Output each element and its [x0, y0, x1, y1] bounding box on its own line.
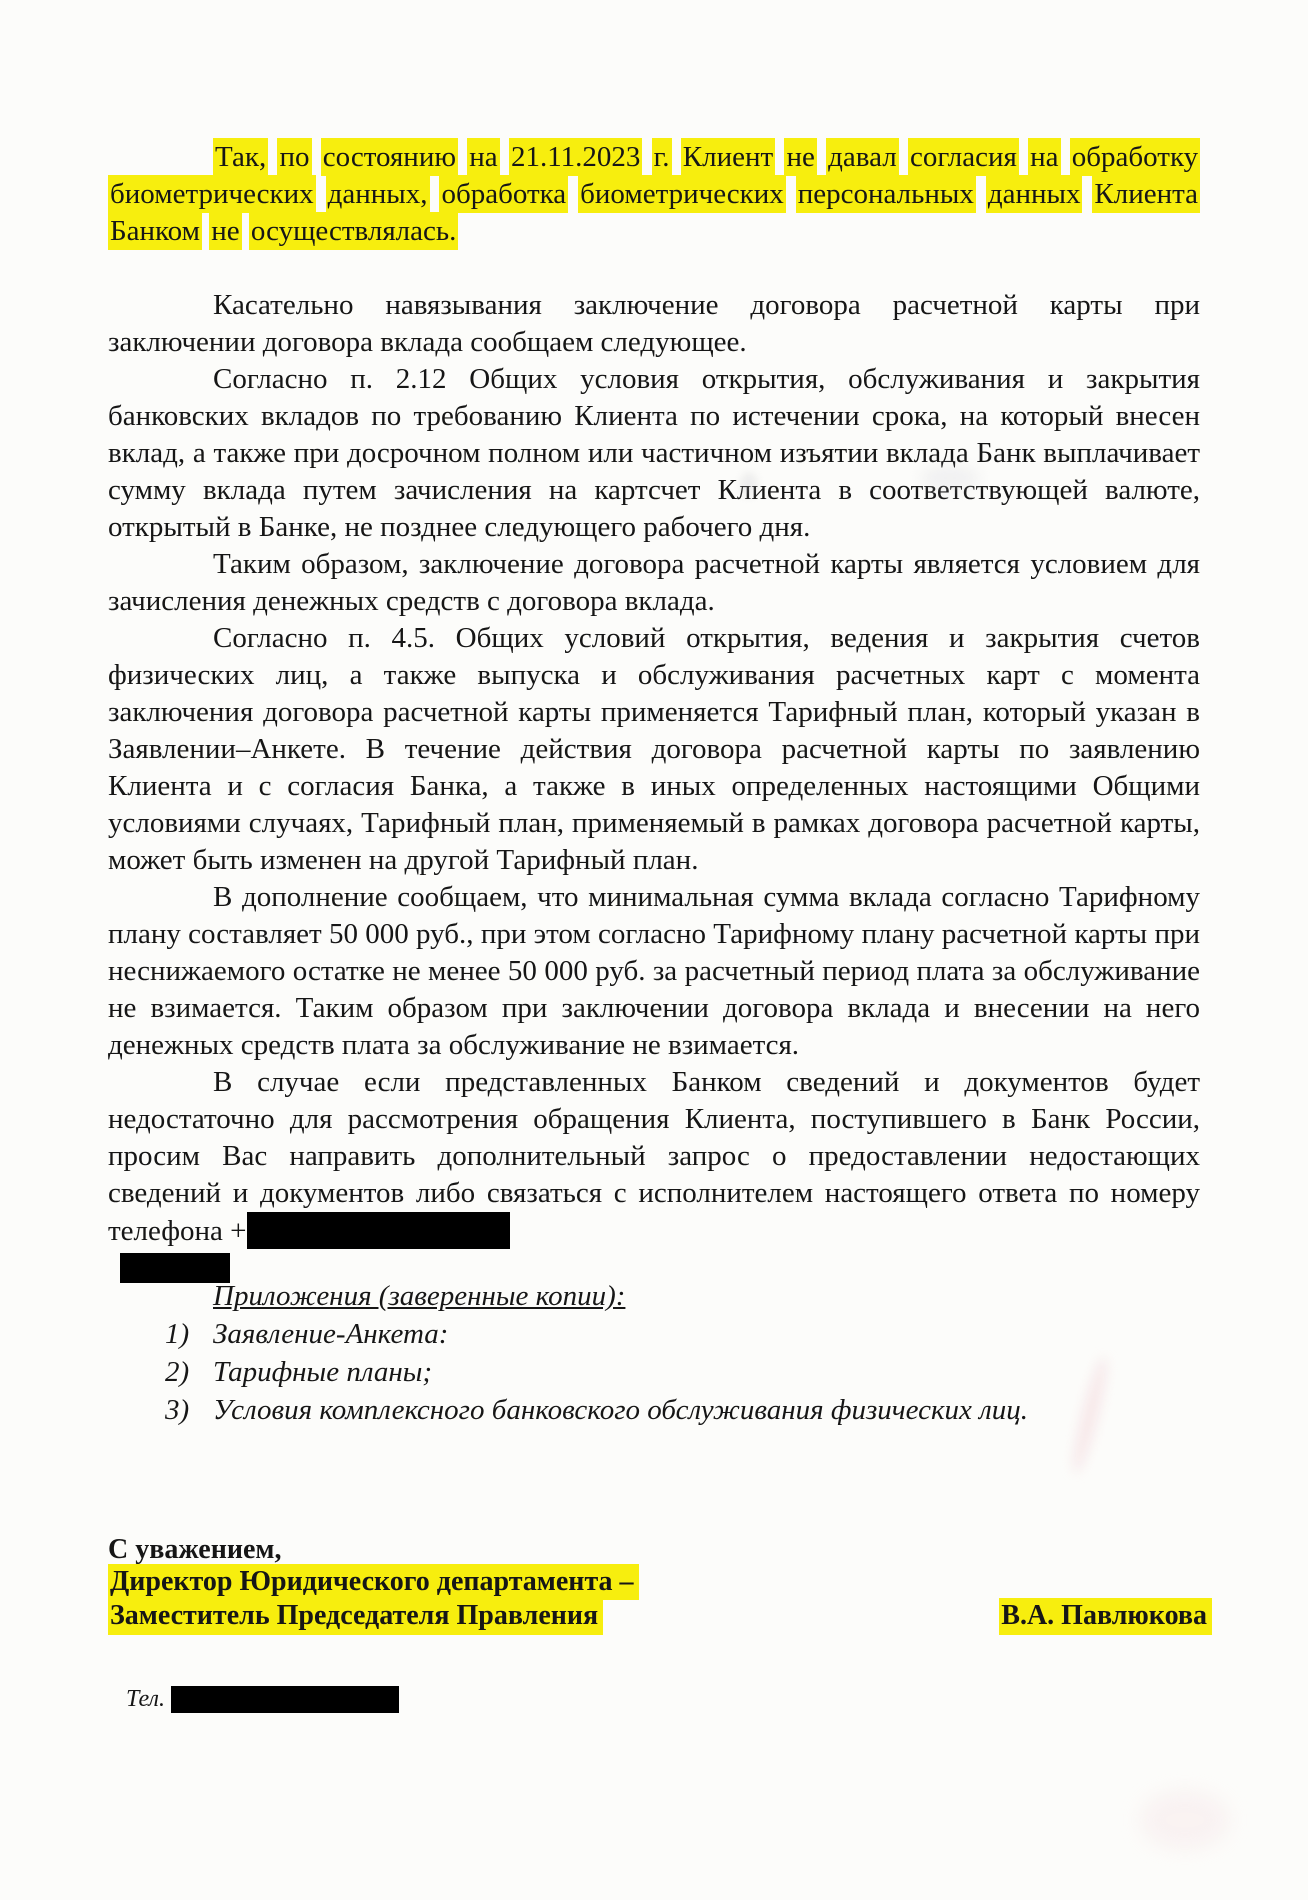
attachment-number: 3) — [165, 1391, 213, 1429]
attachment-number: 1) — [165, 1315, 213, 1353]
attachments-heading: Приложения (заверенные копии): — [213, 1277, 625, 1315]
attachment-item: 3) Условия комплексного банковского обсл… — [165, 1391, 1200, 1429]
body-paragraph: Касательно навязывания заключение догово… — [108, 287, 1200, 361]
body-paragraph: В случае если представленных Банком свед… — [108, 1064, 1200, 1293]
body-paragraph: Согласно п. 2.12 Общих условия открытия,… — [108, 361, 1200, 546]
body-paragraph: В дополнение сообщаем, что минимальная с… — [108, 879, 1200, 1064]
signature-salutation: С уважением, — [108, 1534, 1212, 1566]
attachment-number: 2) — [165, 1353, 213, 1391]
body-paragraph: Согласно п. 4.5. Общих условий открытия,… — [108, 620, 1200, 879]
paragraph-text: Согласно п. 4.5. Общих условий открытия,… — [108, 622, 1200, 876]
footer-phone-line: Тел. — [126, 1686, 399, 1713]
redacted-phone-number — [247, 1212, 510, 1249]
attachments-section: Приложения (заверенные копии): 1) Заявле… — [108, 1277, 1200, 1429]
paragraph-text: Таким образом, заключение договора расче… — [108, 548, 1200, 617]
redacted-phone-footer — [171, 1686, 399, 1713]
body-paragraph: Таким образом, заключение договора расче… — [108, 546, 1200, 620]
phone-label: Тел. — [126, 1686, 165, 1712]
signature-title-line2-row: Заместитель Председателя ПравленияВ.А. П… — [108, 1598, 1212, 1635]
highlighted-statement: Так, по состоянию на 21.11.2023 г. Клиен… — [108, 139, 1200, 250]
attachment-text: Заявление-Анкета: — [213, 1315, 448, 1353]
signature-title-line1: Директор Юридического департамента – — [108, 1566, 1212, 1598]
signature-title-line1-text: Директор Юридического департамента – — [108, 1564, 639, 1600]
highlighted-statement-text: Так, по состоянию на 21.11.2023 г. Клиен… — [108, 138, 1200, 250]
paragraph-text: Согласно п. 2.12 Общих условия открытия,… — [108, 363, 1200, 543]
attachment-item: 1) Заявление-Анкета: — [165, 1315, 1200, 1353]
signature-title-line2-text: Заместитель Председателя Правления — [108, 1598, 603, 1635]
scan-artifact — [1140, 1790, 1230, 1850]
attachment-text: Условия комплексного банковского обслужи… — [213, 1391, 1028, 1429]
letter-body: Так, по состоянию на 21.11.2023 г. Клиен… — [108, 139, 1200, 1293]
attachment-text: Тарифные планы; — [213, 1353, 432, 1391]
signature-name: В.А. Павлюкова — [999, 1598, 1212, 1635]
document-page: Так, по состоянию на 21.11.2023 г. Клиен… — [0, 0, 1308, 1900]
paragraph-text: Касательно навязывания заключение догово… — [108, 289, 1200, 358]
paragraph-text: В дополнение сообщаем, что минимальная с… — [108, 881, 1200, 1061]
attachment-item: 2) Тарифные планы; — [165, 1353, 1200, 1391]
signature-block: С уважением, Директор Юридического депар… — [108, 1534, 1212, 1635]
